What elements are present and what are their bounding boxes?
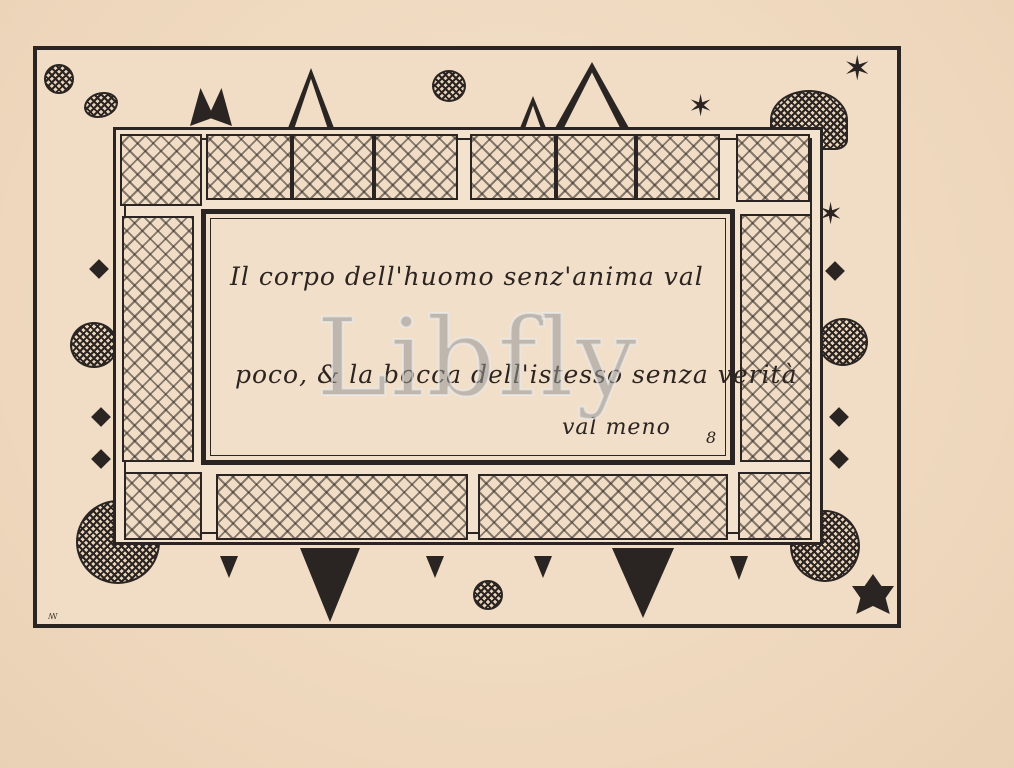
lace-tile — [122, 216, 194, 462]
lace-tile — [206, 134, 292, 200]
side-orb-ornament — [818, 318, 868, 366]
star-icon: ✶ — [843, 52, 872, 86]
lace-tile — [556, 134, 636, 200]
crest-orb-ornament — [432, 70, 466, 102]
star-icon: ✶ — [688, 92, 713, 122]
lace-tile — [124, 472, 202, 540]
engraver-mark: ꟿ — [48, 612, 58, 621]
lace-tile — [736, 134, 810, 202]
paper-page: ✶ ✶ ✶ Il corpo dell'huomo senz'anima val… — [0, 0, 1014, 768]
side-orb-ornament — [70, 322, 118, 368]
lace-tile — [120, 134, 202, 206]
watermark: Libfly — [316, 296, 639, 421]
lace-tile — [374, 134, 458, 200]
lace-tile — [740, 214, 812, 462]
page-mark: 8 — [706, 428, 717, 447]
lace-tile — [470, 134, 556, 200]
lace-tile — [636, 134, 720, 200]
pendant-orb-ornament — [473, 580, 503, 610]
lace-tile — [292, 134, 374, 200]
lace-tile — [216, 474, 468, 540]
lace-tile — [478, 474, 728, 540]
verse-line-1: Il corpo dell'huomo senz'anima val — [230, 262, 704, 291]
lace-tile — [738, 472, 812, 540]
corner-orb-ornament — [44, 64, 74, 94]
